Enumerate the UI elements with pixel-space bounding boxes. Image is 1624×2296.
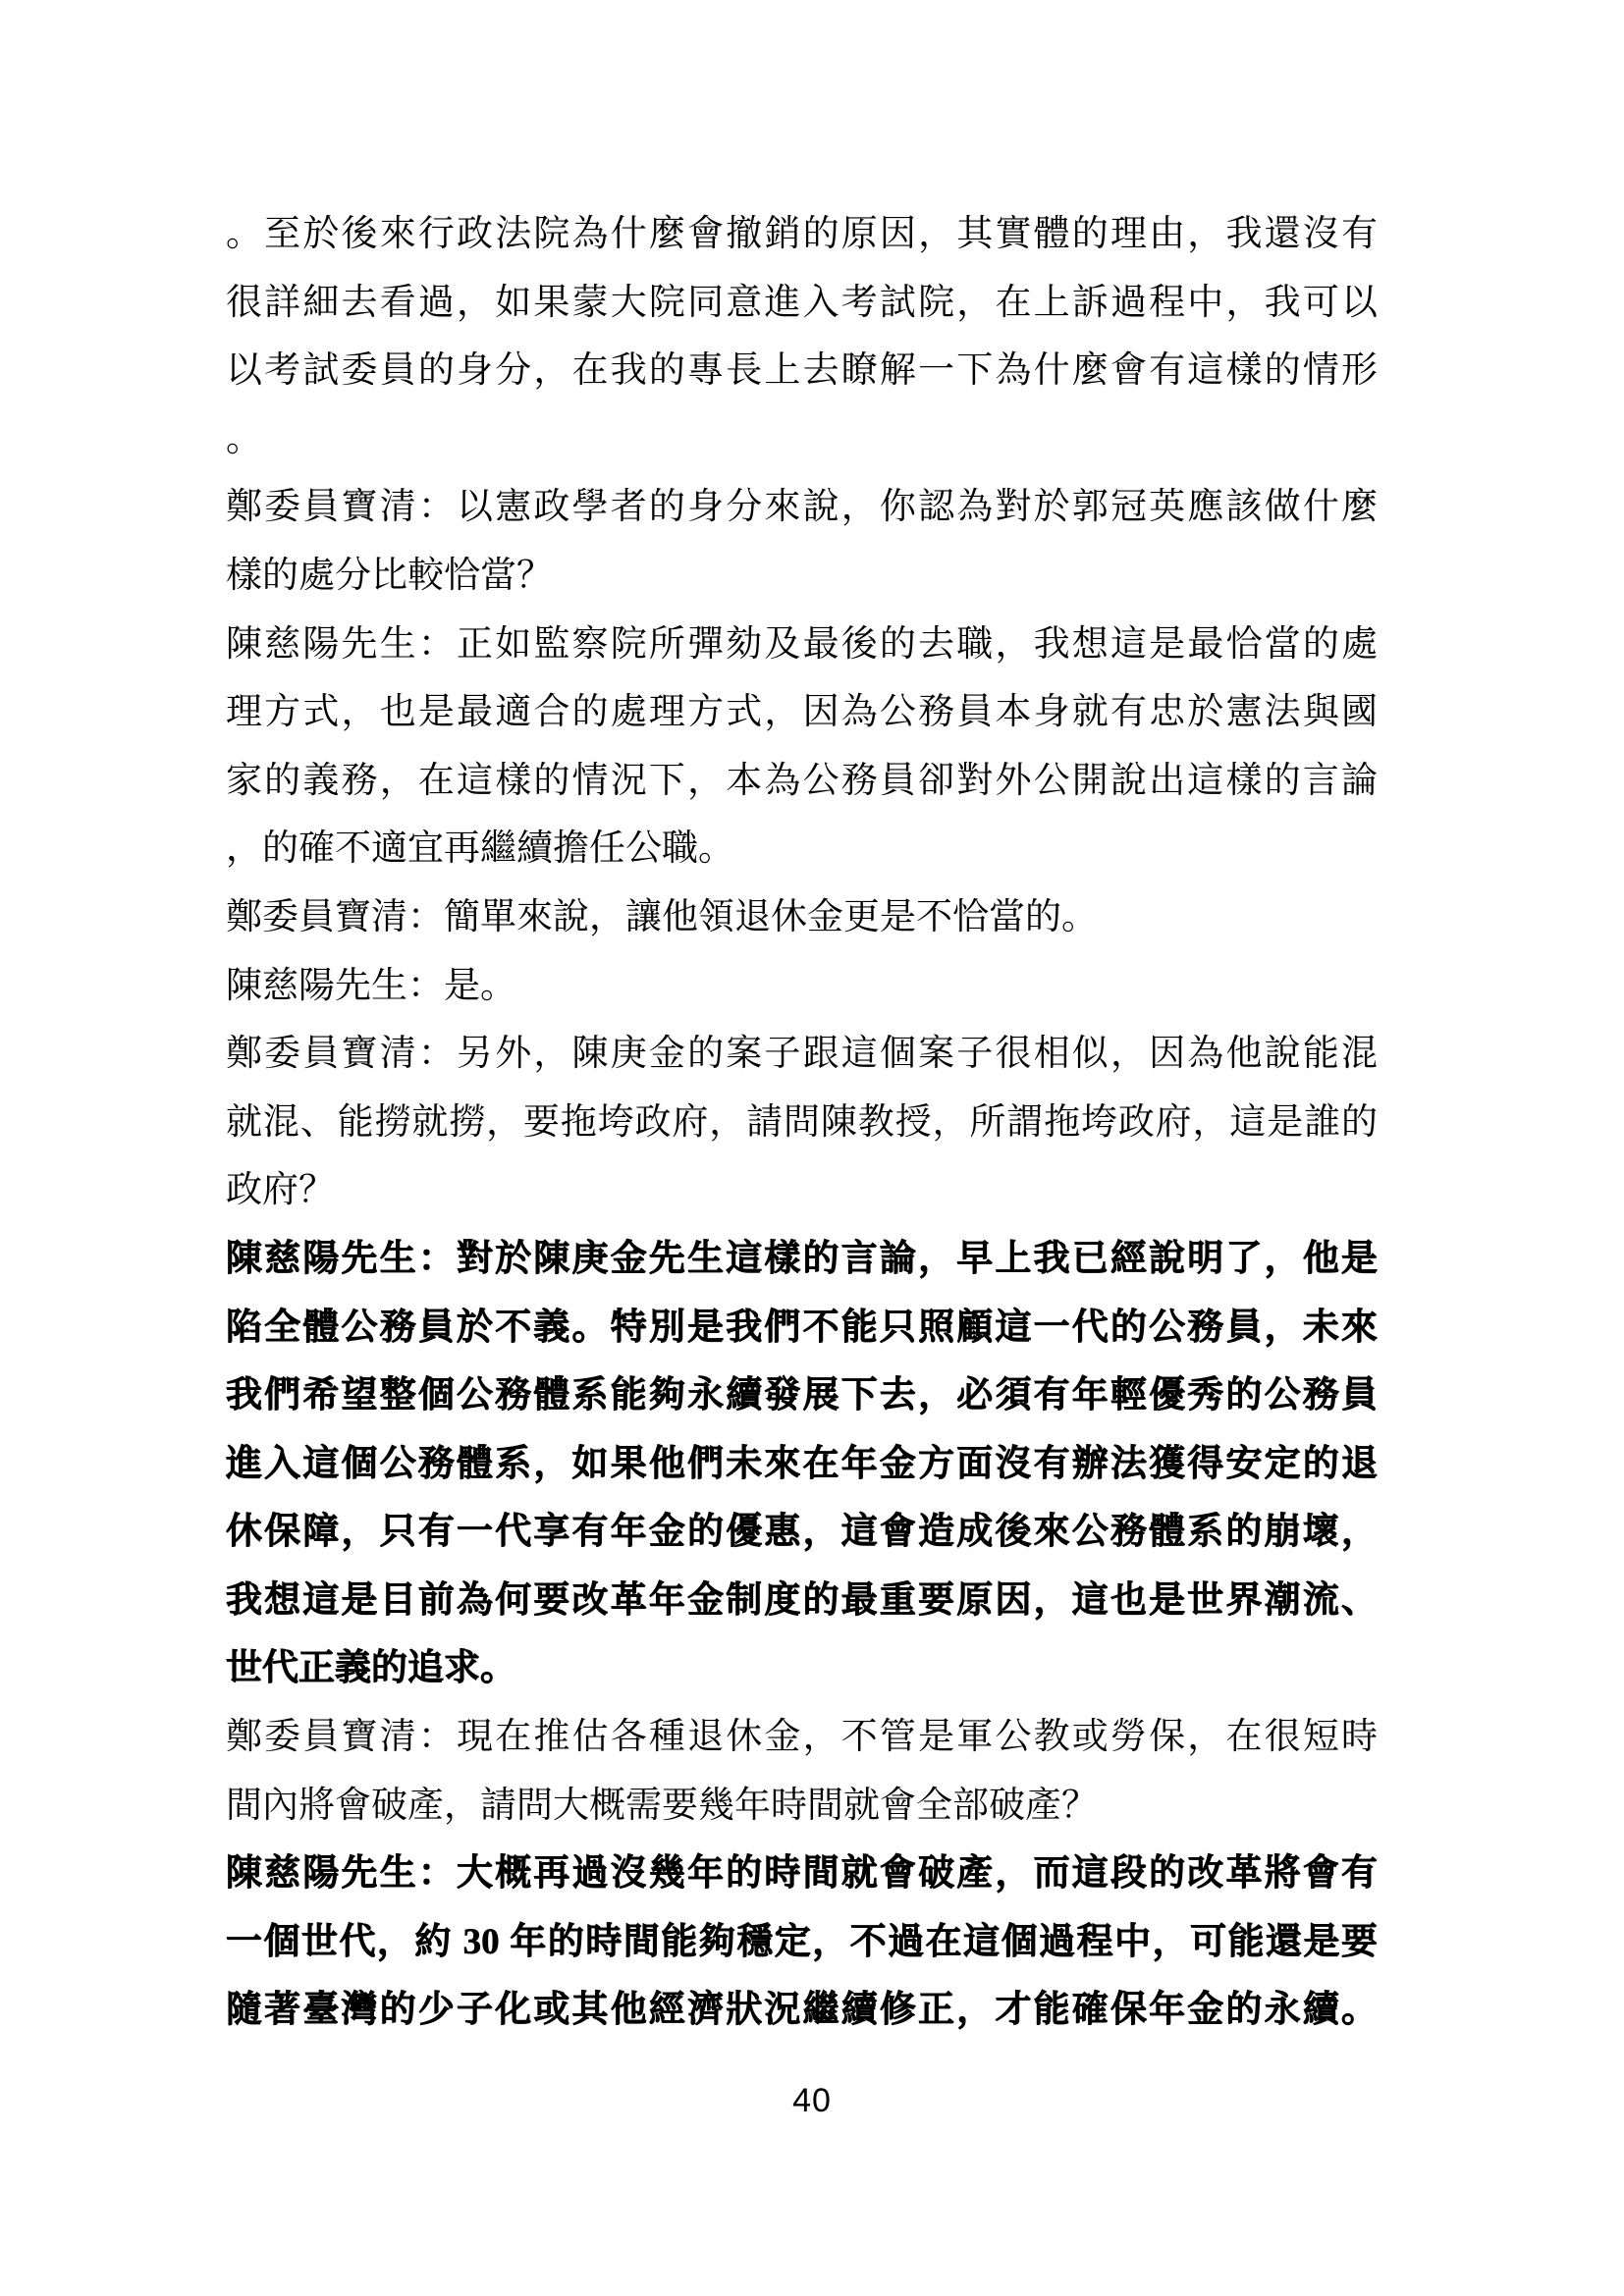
transcript-line: 。至於後來行政法院為什麼會撤銷的原因，其實體的理由，我還沒有 <box>226 200 1378 269</box>
transcript-line: 陷全體公務員於不義。特別是我們不能只照顧這一代的公務員，未來 <box>226 1294 1378 1362</box>
page-number: 40 <box>792 2082 832 2119</box>
transcript-line: 。 <box>226 405 1378 474</box>
document-page: { "document": { "page_number": "40", "li… <box>0 0 1624 2296</box>
transcript-line: 鄭委員寶清：簡單來說，讓他領退休金更是不恰當的。 <box>226 883 1378 952</box>
transcript-line: 樣的處分比較恰當？ <box>226 542 1378 611</box>
transcript-line: 一個世代，約 30 年的時間能夠穩定，不過在這個過程中，可能還是要 <box>226 1908 1378 1977</box>
transcript-line: 我們希望整個公務體系能夠永續發展下去，必須有年輕優秀的公務員 <box>226 1362 1378 1430</box>
transcript-line: 陳慈陽先生：正如監察院所彈劾及最後的去職，我想這是最恰當的處 <box>226 611 1378 679</box>
transcript-line: 很詳細去看過，如果蒙大院同意進入考試院，在上訴過程中，我可以 <box>226 269 1378 338</box>
page-footer: 40 <box>0 2081 1624 2120</box>
transcript-line: 隨著臺灣的少子化或其他經濟狀況繼續修正，才能確保年金的永續。 <box>226 1976 1378 2045</box>
transcript-line: 世代正義的追求。 <box>226 1634 1378 1703</box>
transcript-line: 陳慈陽先生：是。 <box>226 952 1378 1021</box>
transcript-line: 鄭委員寶清：另外，陳庚金的案子跟這個案子很相似，因為他說能混 <box>226 1020 1378 1089</box>
transcript-line: 間內將會破產，請問大概需要幾年時間就會全部破產？ <box>226 1772 1378 1841</box>
transcript-line: 我想這是目前為何要改革年金制度的最重要原因，這也是世界潮流、 <box>226 1567 1378 1635</box>
transcript-line: 鄭委員寶清：以憲政學者的身分來說，你認為對於郭冠英應該做什麼 <box>226 473 1378 542</box>
transcript-line: 陳慈陽先生：大概再過沒幾年的時間就會破產，而這段的改革將會有 <box>226 1840 1378 1908</box>
transcript-line: ，的確不適宜再繼續擔任公職。 <box>226 815 1378 883</box>
transcript-line: 家的義務，在這樣的情況下，本為公務員卻對外公開說出這樣的言論 <box>226 747 1378 816</box>
transcript-line: 休保障，只有一代享有年金的優惠，這會造成後來公務體系的崩壞， <box>226 1498 1378 1567</box>
transcript-line: 就混、能撈就撈，要拖垮政府，請問陳教授，所謂拖垮政府，這是誰的 <box>226 1089 1378 1157</box>
transcript-line: 陳慈陽先生：對於陳庚金先生這樣的言論，早上我已經說明了，他是 <box>226 1225 1378 1294</box>
transcript-line: 政府？ <box>226 1156 1378 1225</box>
transcript-line: 進入這個公務體系，如果他們未來在年金方面沒有辦法獲得安定的退 <box>226 1430 1378 1499</box>
transcript: 。至於後來行政法院為什麼會撤銷的原因，其實體的理由，我還沒有很詳細去看過，如果蒙… <box>226 200 1378 2045</box>
transcript-line: 理方式，也是最適合的處理方式，因為公務員本身就有忠於憲法與國 <box>226 678 1378 747</box>
transcript-line: 鄭委員寶清：現在推估各種退休金，不管是軍公教或勞保，在很短時 <box>226 1703 1378 1772</box>
page: 。至於後來行政法院為什麼會撤銷的原因，其實體的理由，我還沒有很詳細去看過，如果蒙… <box>0 0 1624 2296</box>
transcript-line: 以考試委員的身分，在我的專長上去瞭解一下為什麼會有這樣的情形 <box>226 337 1378 405</box>
